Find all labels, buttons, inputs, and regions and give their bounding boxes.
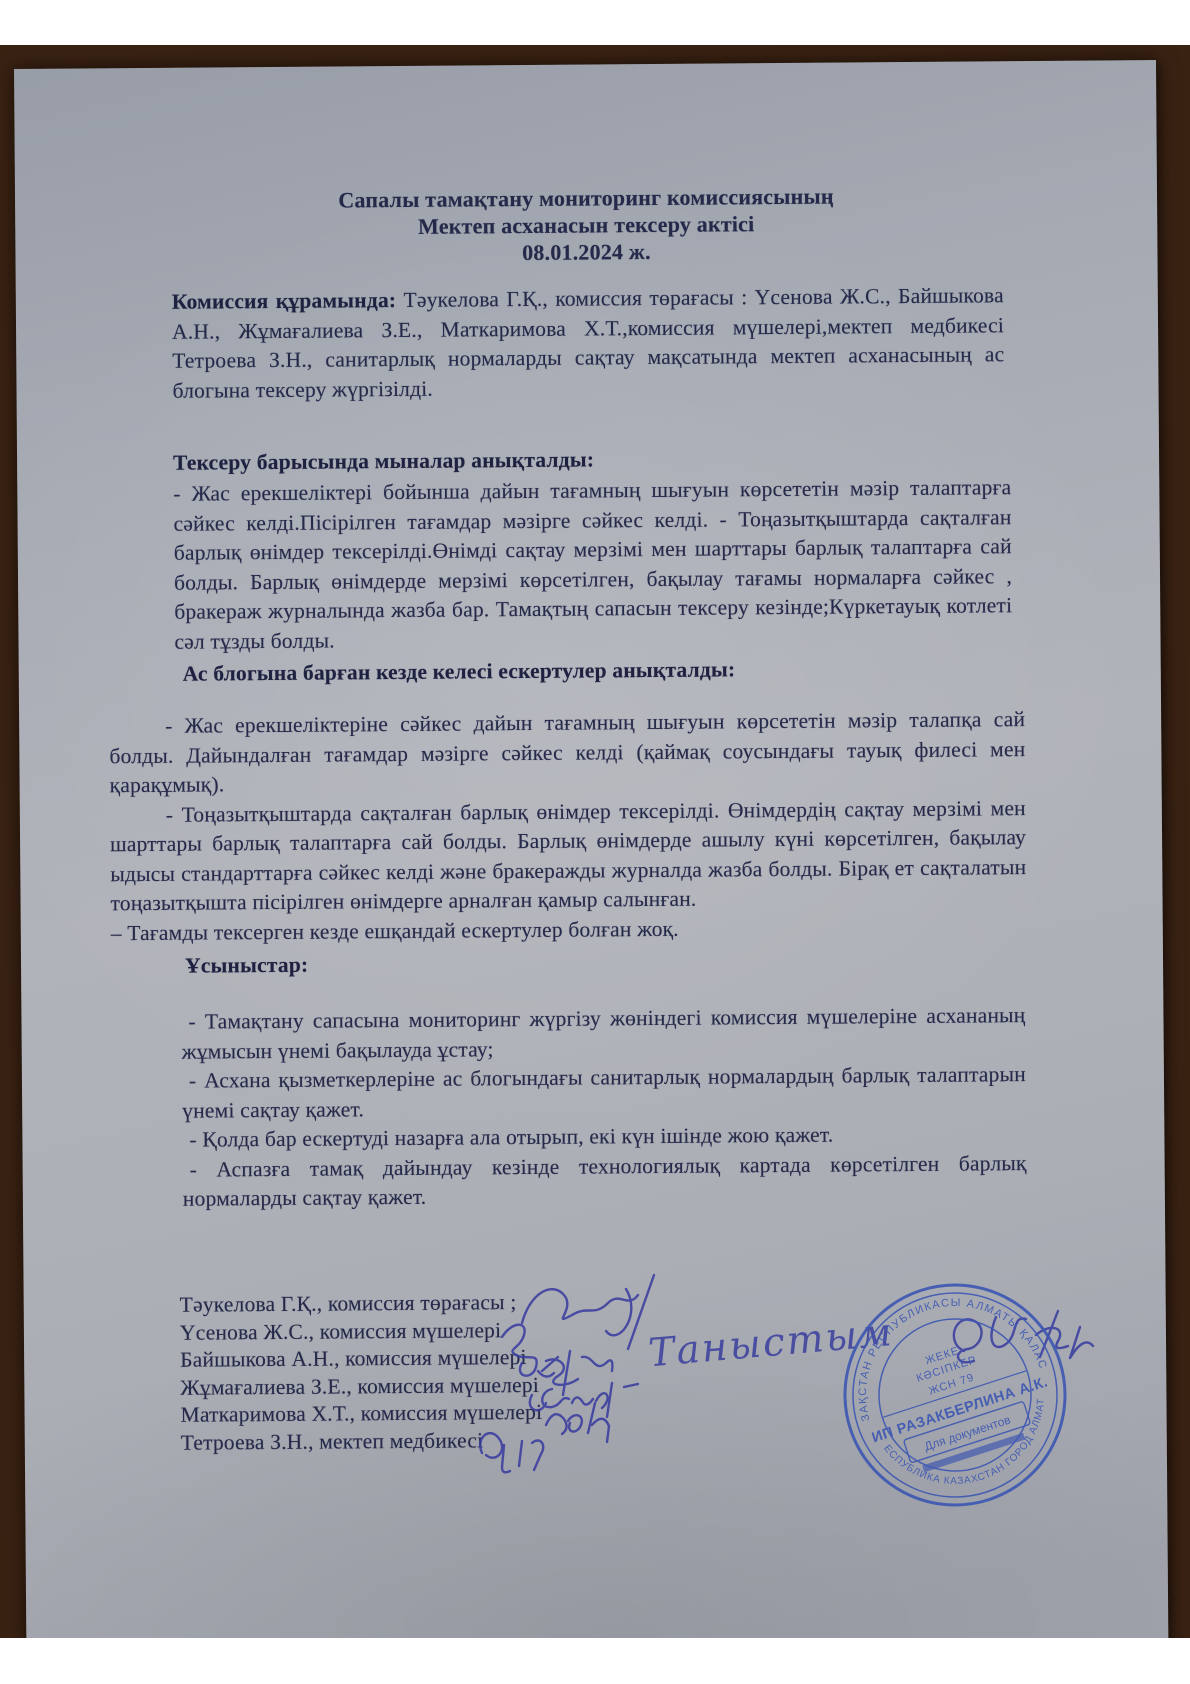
remarks-paragraph-1: - Жас ерекшеліктеріне сәйкес дайын тағам…	[109, 705, 1026, 801]
recommendation-item: - Аспазға тамақ дайындау кезінде техноло…	[183, 1149, 1027, 1215]
photographed-document-page: Сапалы тамақтану мониторинг комиссиясыны…	[0, 0, 1190, 1684]
photo-area-table-surface: Сапалы тамақтану мониторинг комиссиясыны…	[0, 45, 1190, 1638]
signature-nurse-icon	[480, 1433, 543, 1472]
commission-composition-paragraph: Комиссия құрамында: Тәукелова Г.Қ., коми…	[172, 281, 1005, 406]
recommendations-list: - Тамақтану сапасына мониторинг жүргізу …	[181, 1001, 1027, 1214]
composition-lead-label: Комиссия құрамында:	[172, 288, 397, 314]
findings-paragraph: - Жас ерекшеліктері бойынша дайын тағамн…	[173, 473, 1012, 657]
recommendations-heading: Ұсыныстар:	[185, 951, 308, 981]
remarks-heading: Ас блогына барған кезде келесі ескертуле…	[183, 655, 736, 689]
document-title: Сапалы тамақтану мониторинг комиссиясыны…	[15, 180, 1158, 270]
signature-member-3-icon	[530, 1383, 638, 1417]
recommendation-item: - Тамақтану сапасына мониторинг жүргізу …	[181, 1001, 1025, 1067]
signature-chairperson-icon	[522, 1275, 654, 1349]
remarks-paragraph-2: - Тоңазытқыштарда сақталған барлық өнімд…	[110, 794, 1027, 919]
round-stamp: ҚАЗАҚСТАН РЕСПУБЛИКАСЫ АЛМАТЫ ҚАЛАСЫ РЕС…	[820, 1260, 1090, 1530]
remarks-section: - Жас ерекшеліктеріне сәйкес дайын тағам…	[109, 705, 1027, 948]
recommendation-item: - Асхана қызметкерлеріне ас блогындағы с…	[182, 1060, 1026, 1126]
findings-heading: Тексеру барысында мыналар анықталды:	[173, 445, 594, 478]
signature-member-4-icon	[546, 1403, 609, 1442]
